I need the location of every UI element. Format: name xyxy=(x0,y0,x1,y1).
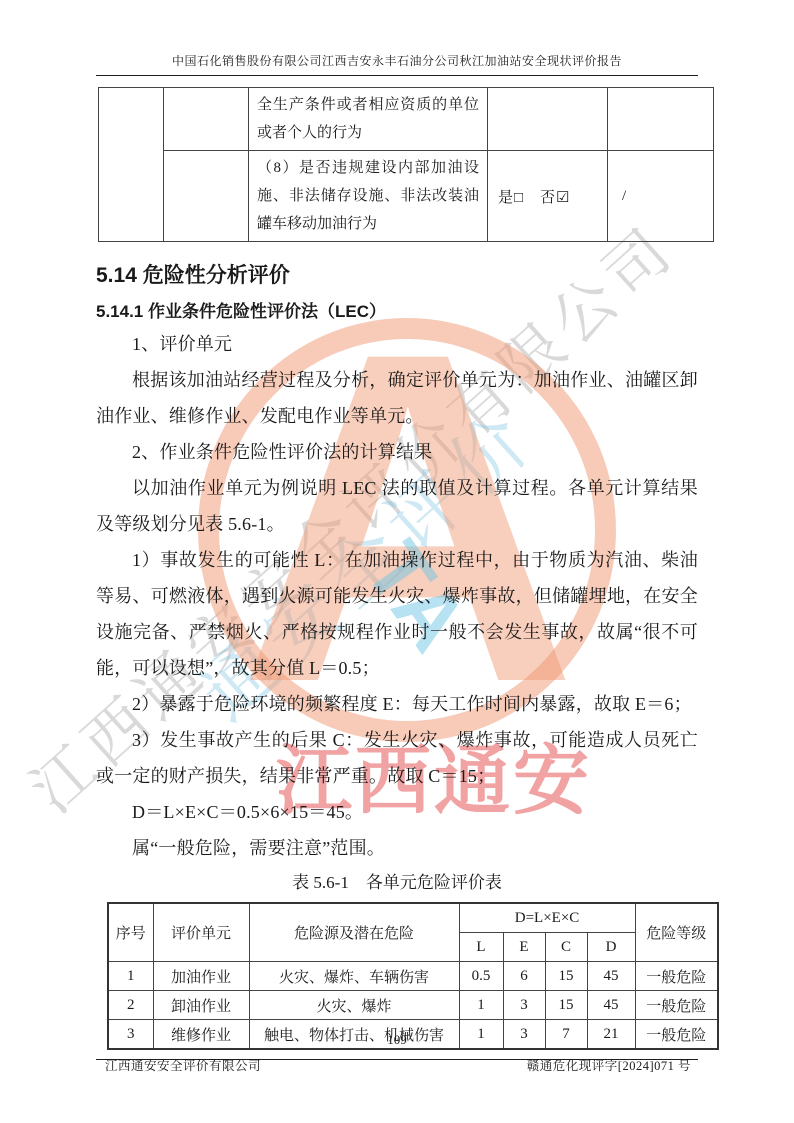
paragraph: 3）发生事故产生的后果 C：发生火灾、爆炸事故，可能造成人员死亡或一定的财产损失… xyxy=(96,722,698,794)
header-rule xyxy=(96,75,698,76)
header-l: L xyxy=(459,933,503,962)
checklist-answer-checkbox: 是□ 否☑ xyxy=(488,151,608,242)
report-page: 江西通安安全评价有限公司 通安全评价 A TA 江西通安 中国石化销售股份有限公… xyxy=(0,0,794,1123)
header-hazard: 危险源及潜在危险 xyxy=(249,903,459,962)
cell-unit: 卸油作业 xyxy=(153,991,249,1020)
checklist-cell-empty xyxy=(164,151,249,242)
checklist-cell-empty xyxy=(164,88,249,151)
checklist-cell-empty xyxy=(99,88,164,242)
checklist-item-text: （8）是否违规建设内部加油设施、非法储存设施、非法改装油罐车移动加油行为 xyxy=(249,151,488,242)
cell-d: 45 xyxy=(587,962,635,991)
header-seq: 序号 xyxy=(108,903,153,962)
cell-l: 0.5 xyxy=(459,962,503,991)
paragraph: 根据该加油站经营过程及分析，确定评价单元为：加油作业、油罐区卸油作业、维修作业、… xyxy=(96,362,698,434)
checklist-row: （8）是否违规建设内部加油设施、非法储存设施、非法改装油罐车移动加油行为 是□ … xyxy=(99,151,714,242)
cell-seq: 2 xyxy=(108,991,153,1020)
body-text: 1、评价单元 根据该加油站经营过程及分析，确定评价单元为：加油作业、油罐区卸油作… xyxy=(96,326,698,866)
cell-grade: 一般危险 xyxy=(635,991,718,1020)
section-heading-5-14: 5.14 危险性分析评价 xyxy=(96,262,794,290)
checklist-answer xyxy=(488,88,608,151)
header-e: E xyxy=(503,933,545,962)
table-caption: 表 5.6-1 各单元危险评价表 xyxy=(96,872,698,894)
cell-e: 6 xyxy=(503,962,545,991)
header-grade: 危险等级 xyxy=(635,903,718,962)
cell-c: 15 xyxy=(545,991,587,1020)
cell-c: 15 xyxy=(545,962,587,991)
header-d: D xyxy=(587,933,635,962)
footer-document-number: 赣通危化现评字[2024]071 号 xyxy=(527,1056,691,1074)
risk-table-row: 2 卸油作业 火灾、爆炸 1 3 15 45 一般危险 xyxy=(108,991,718,1020)
checklist-table: 全生产条件或者相应资质的单位或者个人的行为 （8）是否违规建设内部加油设施、非法… xyxy=(98,87,714,242)
header-formula: D=L×E×C xyxy=(459,903,635,933)
paragraph: 属“一般危险，需要注意”范围。 xyxy=(96,830,698,866)
cell-grade: 一般危险 xyxy=(635,962,718,991)
cell-l: 1 xyxy=(459,991,503,1020)
footer: 江西通安安全评价有限公司 赣通危化现评字[2024]071 号 xyxy=(105,1056,691,1074)
paragraph: 以加油作业单元为例说明 LEC 法的取值及计算过程。各单元计算结果及等级划分见表… xyxy=(96,470,698,542)
paragraph: D＝L×E×C＝0.5×6×15＝45。 xyxy=(96,794,698,830)
paragraph: 1）事故发生的可能性 L：在加油操作过程中，由于物质为汽油、柴油等易、可燃液体，… xyxy=(96,542,698,686)
risk-table-header-row: 序号 评价单元 危险源及潜在危险 D=L×E×C 危险等级 xyxy=(108,903,718,933)
footer-company: 江西通安安全评价有限公司 xyxy=(105,1056,261,1074)
risk-evaluation-table: 序号 评价单元 危险源及潜在危险 D=L×E×C 危险等级 L E C D 1 … xyxy=(107,902,719,1050)
page-number: 109 xyxy=(0,1032,794,1048)
checklist-item-text: 全生产条件或者相应资质的单位或者个人的行为 xyxy=(249,88,488,151)
header-unit: 评价单元 xyxy=(153,903,249,962)
checklist-row: 全生产条件或者相应资质的单位或者个人的行为 xyxy=(99,88,714,151)
paragraph: 2）暴露于危险环境的频繁程度 E：每天工作时间内暴露，故取 E＝6； xyxy=(96,686,698,722)
cell-hazard: 火灾、爆炸、车辆伤害 xyxy=(249,962,459,991)
header-c: C xyxy=(545,933,587,962)
checklist-note xyxy=(608,88,714,151)
risk-table-row: 1 加油作业 火灾、爆炸、车辆伤害 0.5 6 15 45 一般危险 xyxy=(108,962,718,991)
cell-d: 45 xyxy=(587,991,635,1020)
cell-unit: 加油作业 xyxy=(153,962,249,991)
section-heading-5-14-1: 5.14.1 作业条件危险性评价法（LEC） xyxy=(96,300,794,324)
cell-e: 3 xyxy=(503,991,545,1020)
cell-hazard: 火灾、爆炸 xyxy=(249,991,459,1020)
document-header-title: 中国石化销售股份有限公司江西吉安永丰石油分公司秋江加油站安全现状评价报告 xyxy=(0,0,794,69)
paragraph: 1、评价单元 xyxy=(96,326,698,362)
paragraph: 2、作业条件危险性评价法的计算结果 xyxy=(96,434,698,470)
page-content: 中国石化销售股份有限公司江西吉安永丰石油分公司秋江加油站安全现状评价报告 全生产… xyxy=(0,0,794,1123)
cell-seq: 1 xyxy=(108,962,153,991)
checklist-note: / xyxy=(608,151,714,242)
